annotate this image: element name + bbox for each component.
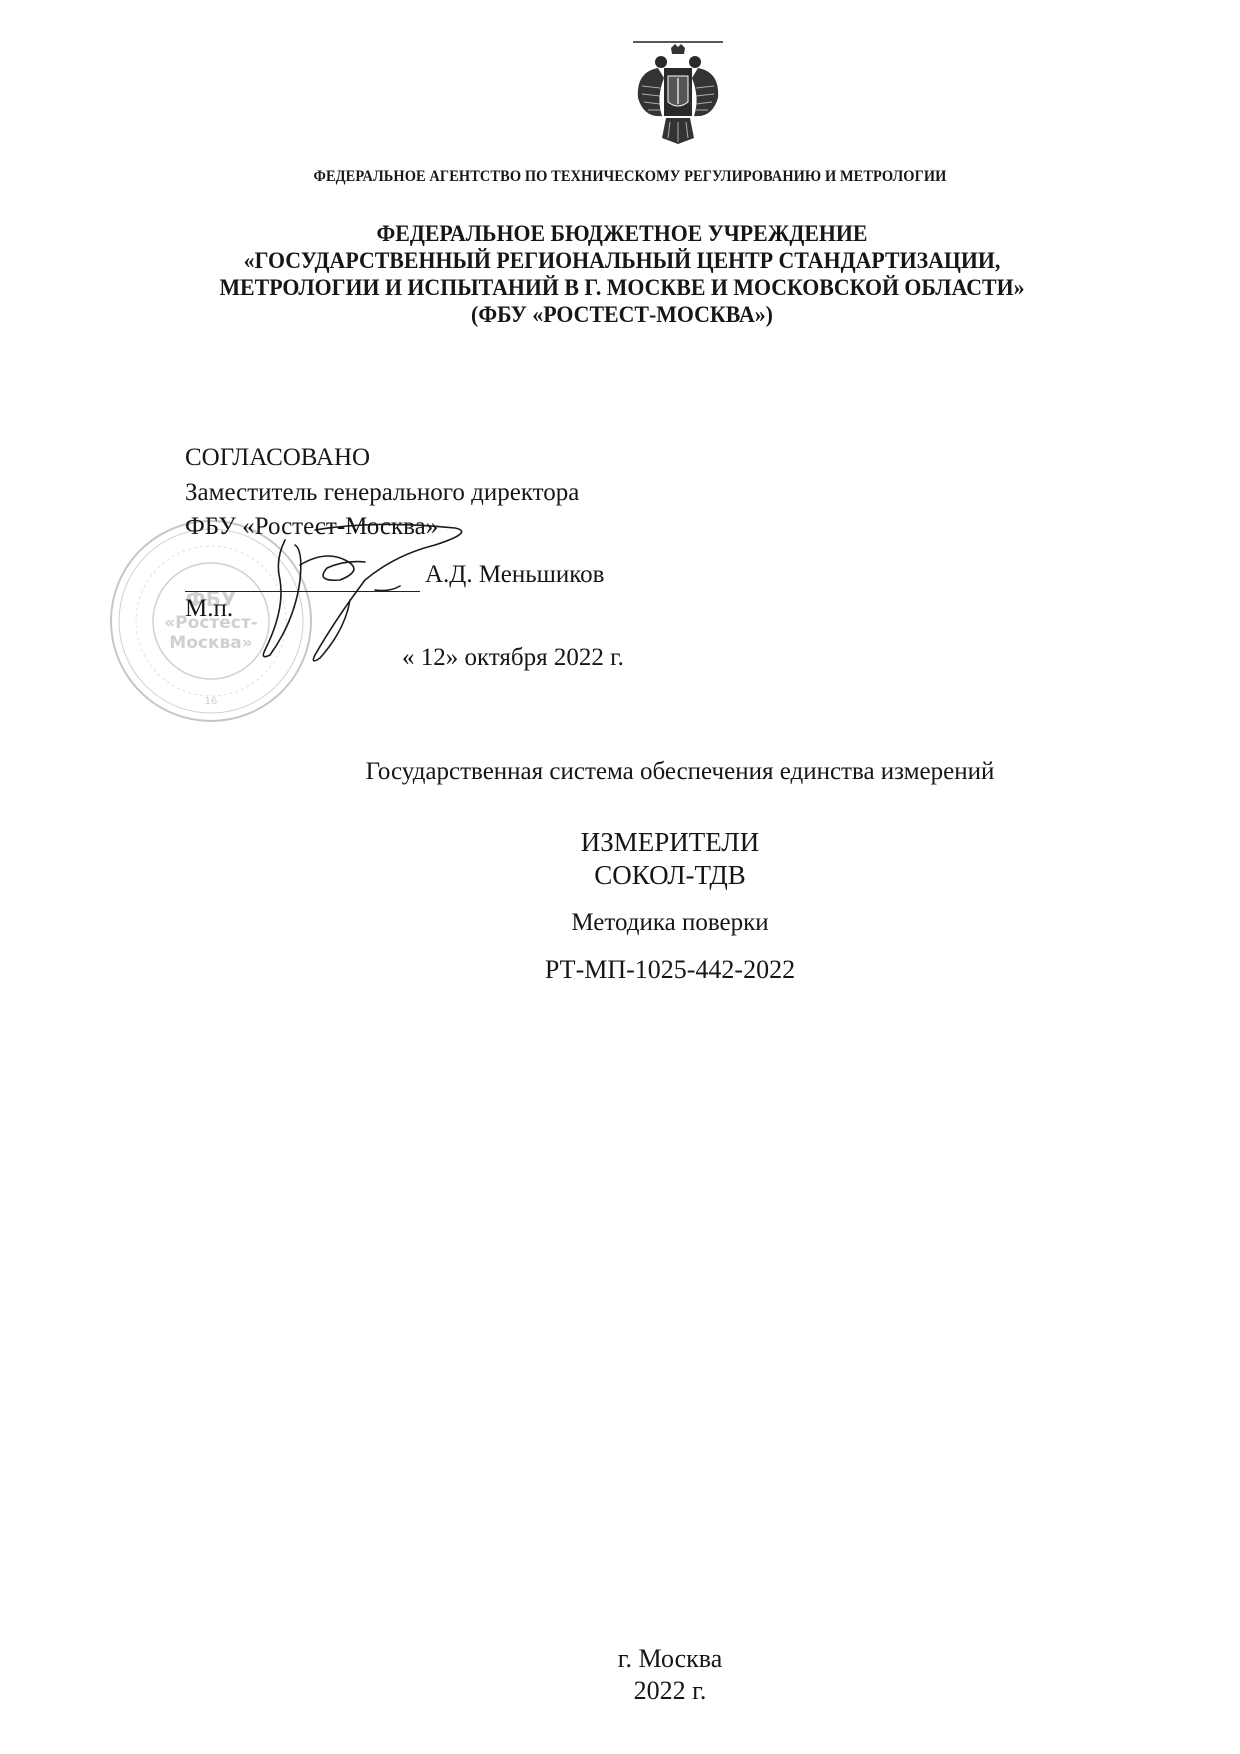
- method-title: Методика поверки: [50, 909, 1240, 937]
- institution-line: МЕТРОЛОГИИ И ИСПЫТАНИЙ В Г. МОСКВЕ И МОС…: [33, 274, 1211, 301]
- institution-line: «ГОСУДАРСТВЕННЫЙ РЕГИОНАЛЬНЫЙ ЦЕНТР СТАН…: [33, 247, 1211, 274]
- institution-line: ФЕДЕРАЛЬНОЕ БЮДЖЕТНОЕ УЧРЕЖДЕНИЕ: [33, 220, 1211, 247]
- footer-place-year: г. Москва 2022 г.: [50, 1643, 1240, 1707]
- device-name-line: СОКОЛ-ТДВ: [50, 859, 1240, 892]
- handwritten-signature: [255, 520, 495, 670]
- document-code: РТ-МП-1025-442-2022: [50, 955, 1240, 985]
- approver-position: Заместитель генерального директора: [185, 478, 579, 508]
- stamp-number: 16: [205, 696, 218, 707]
- russian-coat-of-arms-icon: [628, 38, 728, 150]
- approval-heading: СОГЛАСОВАНО: [185, 443, 370, 473]
- stamp-line: Москва»: [169, 633, 252, 653]
- device-name: ИЗМЕРИТЕЛИ СОКОЛ-ТДВ: [50, 826, 1240, 892]
- footer-year: 2022 г.: [50, 1675, 1240, 1707]
- institution-line: (ФБУ «РОСТЕСТ-МОСКВА»): [33, 301, 1211, 328]
- system-title: Государственная система обеспечения един…: [60, 758, 1240, 786]
- footer-city: г. Москва: [50, 1643, 1240, 1675]
- stamp-place-label: М.п.: [185, 594, 233, 624]
- institution-name: ФЕДЕРАЛЬНОЕ БЮДЖЕТНОЕ УЧРЕЖДЕНИЕ «ГОСУДА…: [33, 220, 1211, 328]
- agency-name: ФЕДЕРАЛЬНОЕ АГЕНТСТВО ПО ТЕХНИЧЕСКОМУ РЕ…: [53, 168, 1206, 186]
- device-name-line: ИЗМЕРИТЕЛИ: [50, 826, 1240, 859]
